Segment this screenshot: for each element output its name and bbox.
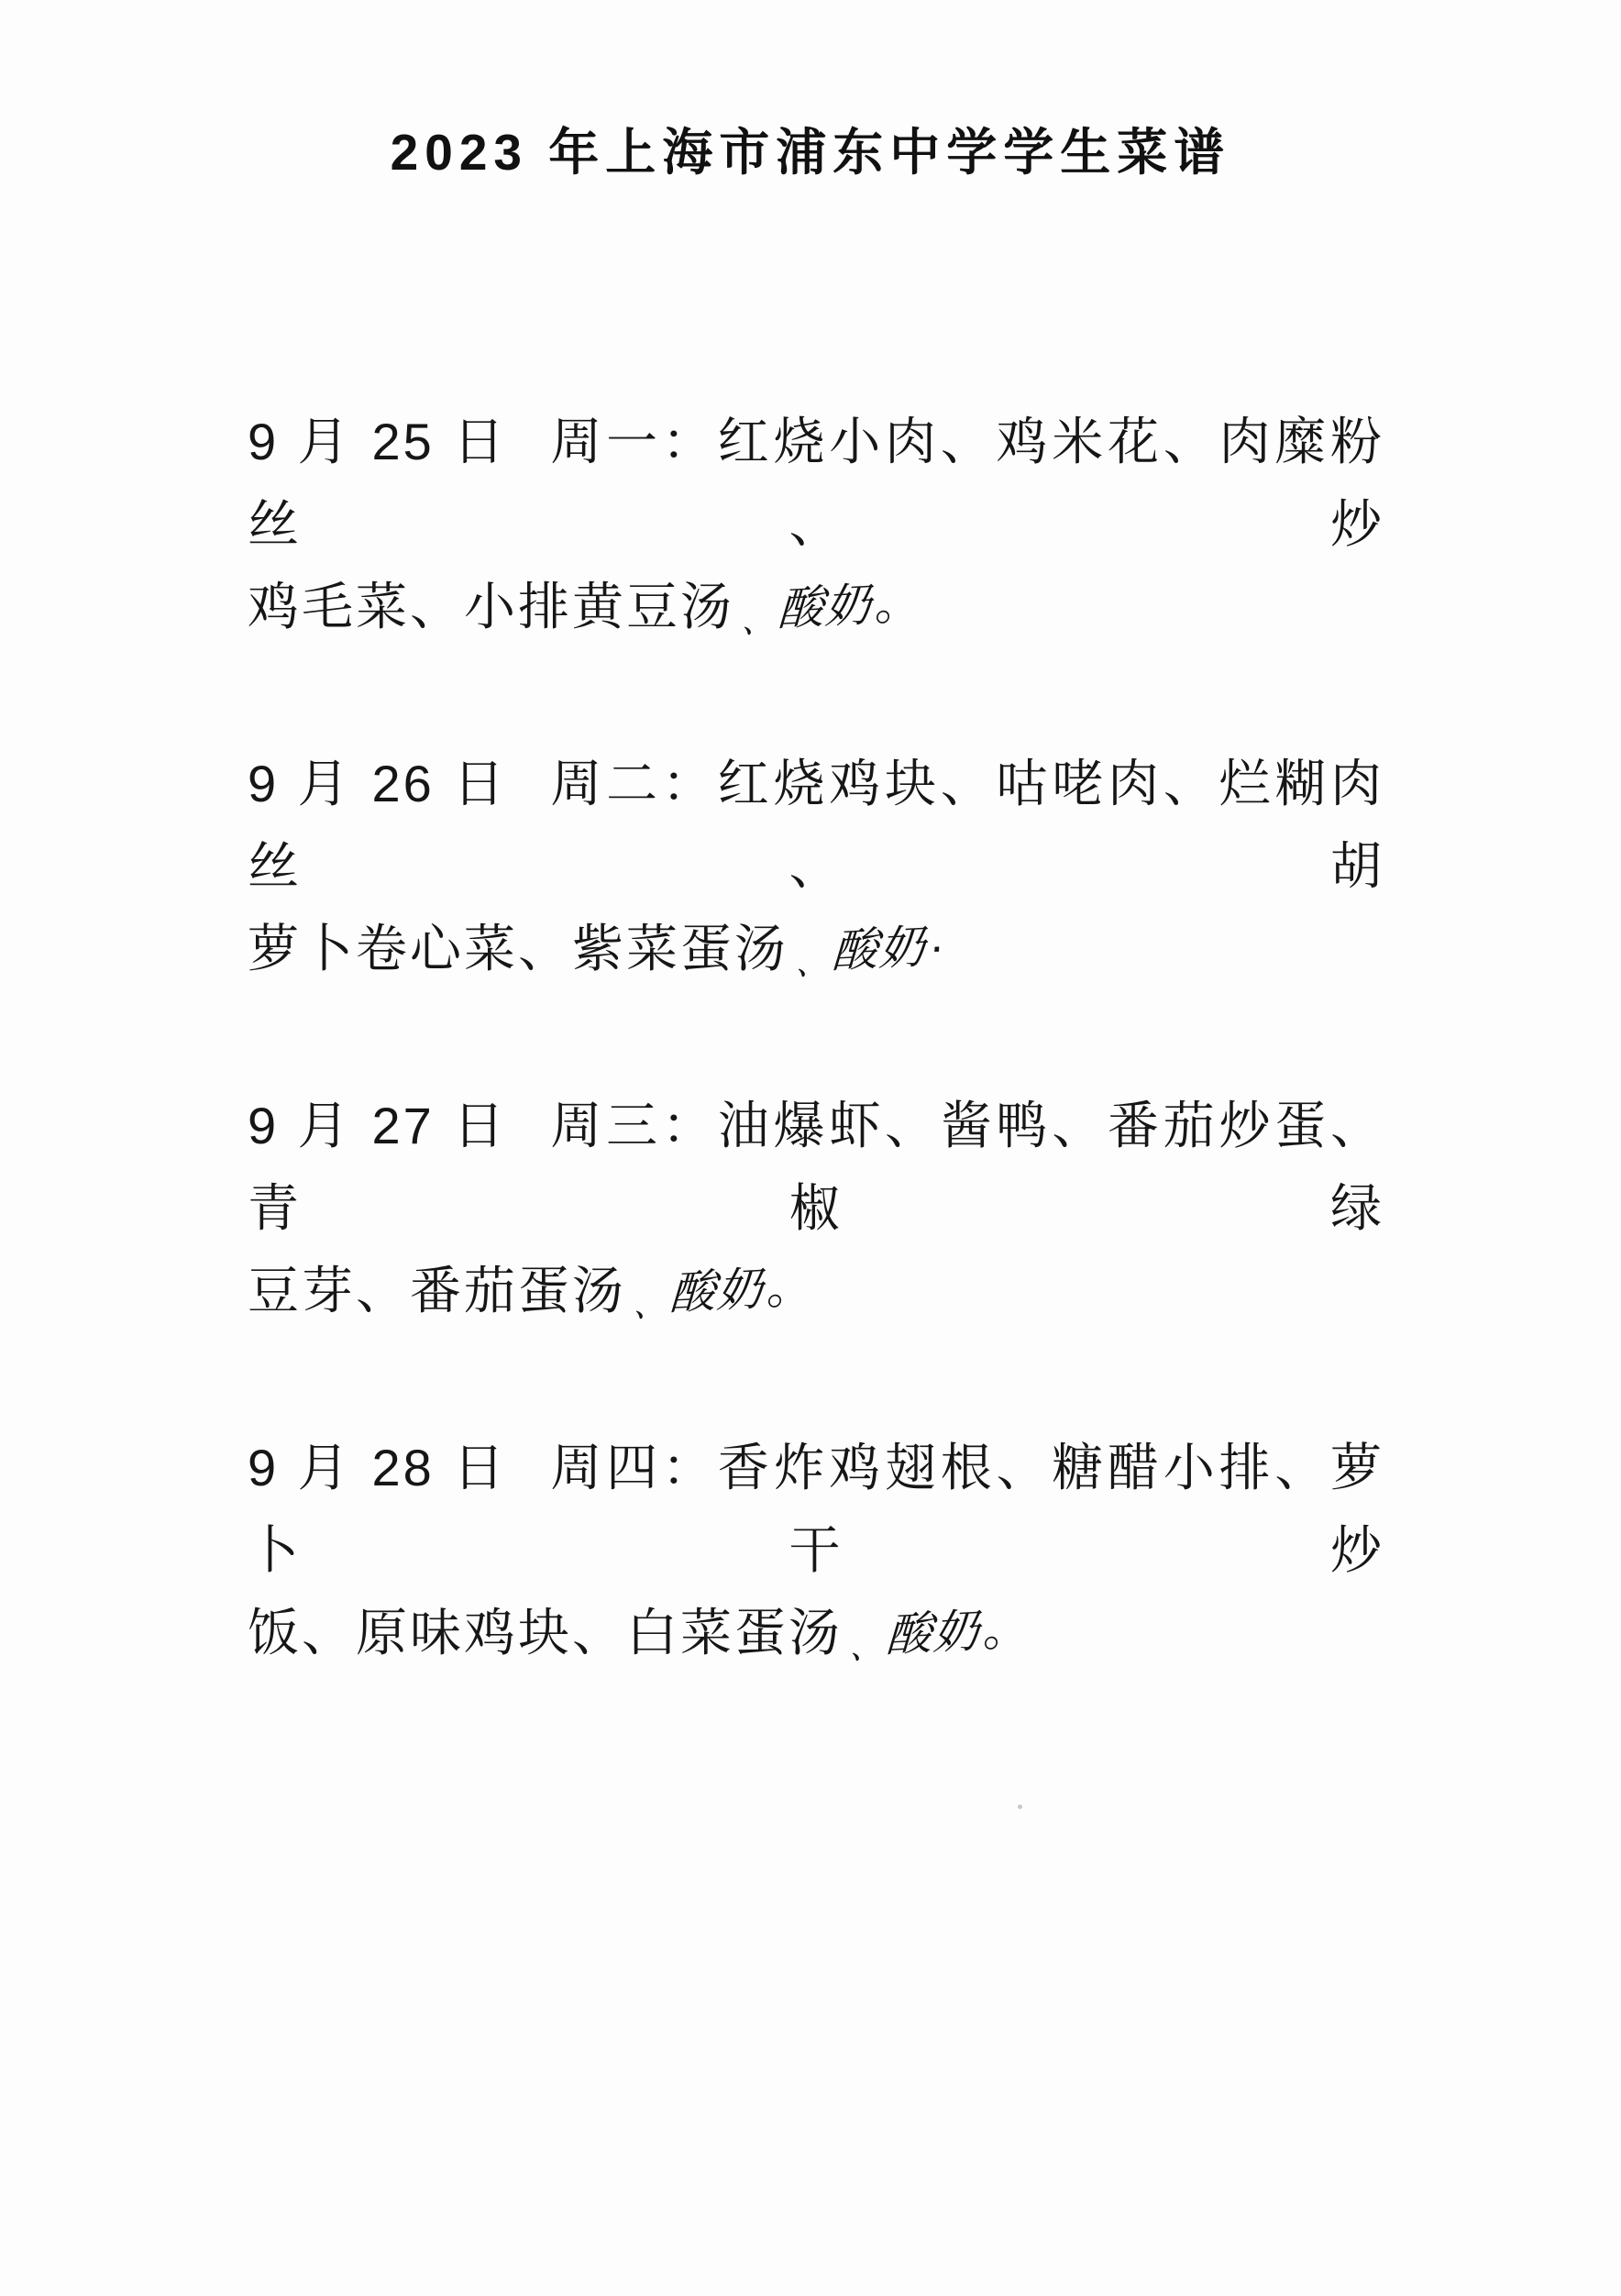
menu-line-1: 9 月 28 日 周四：香炸鸡翅根、糖醋小排、萝卜干炒 bbox=[248, 1427, 1384, 1592]
handwritten-comma: 、 bbox=[795, 943, 831, 982]
entry-dishes: 鸡毛菜、小排黄豆汤 bbox=[248, 578, 734, 635]
handwritten-note: 、酸奶。 bbox=[740, 560, 924, 663]
menu-list: 9 月 25 日 周一：红烧小肉、鸡米花、肉糜粉丝、炒 鸡毛菜、小排黄豆汤、酸奶… bbox=[248, 401, 1384, 1686]
menu-line-1: 9 月 26 日 周二：红烧鸡块、咕咾肉、烂糊肉丝、胡 bbox=[248, 743, 1384, 908]
handwritten-comma: 、 bbox=[633, 1285, 668, 1324]
handwritten-note-text: 酸奶 bbox=[885, 1605, 981, 1661]
entry-dishes: 萝卜卷心菜、紫菜蛋汤 bbox=[248, 920, 788, 977]
entry-weekday: 周三： bbox=[550, 1097, 717, 1154]
menu-line-1: 9 月 27 日 周三：油爆虾、酱鸭、番茄炒蛋、青椒绿 bbox=[248, 1085, 1384, 1250]
scan-artifact-speck bbox=[1018, 1805, 1022, 1809]
entry-date: 9 月 26 日 bbox=[248, 755, 509, 812]
entry-dishes: 豆芽、番茄蛋汤 bbox=[248, 1262, 626, 1319]
handwritten-note-text: 酸奶 bbox=[777, 579, 873, 635]
handwritten-period: · bbox=[928, 920, 947, 972]
handwritten-comma: 、 bbox=[741, 601, 777, 640]
entry-date: 9 月 25 日 bbox=[248, 413, 509, 470]
handwritten-note: 、酸奶。 bbox=[848, 1586, 1032, 1689]
entry-weekday: 周四： bbox=[550, 1439, 717, 1496]
entry-weekday: 周二： bbox=[550, 755, 717, 812]
entry-date: 9 月 28 日 bbox=[248, 1439, 509, 1496]
menu-entry: 9 月 26 日 周二：红烧鸡块、咕咾肉、烂糊肉丝、胡 萝卜卷心菜、紫菜蛋汤、酸… bbox=[248, 743, 1384, 1002]
menu-entry: 9 月 28 日 周四：香炸鸡翅根、糖醋小排、萝卜干炒 饭、原味鸡块、白菜蛋汤、… bbox=[248, 1427, 1384, 1686]
entry-date: 9 月 27 日 bbox=[248, 1097, 509, 1154]
menu-entry: 9 月 27 日 周三：油爆虾、酱鸭、番茄炒蛋、青椒绿 豆芽、番茄蛋汤、酸奶。 bbox=[248, 1085, 1384, 1344]
handwritten-period: 。 bbox=[982, 1602, 1031, 1656]
menu-line-2: 萝卜卷心菜、紫菜蛋汤、酸奶· bbox=[248, 908, 1384, 1002]
handwritten-comma: 、 bbox=[849, 1627, 885, 1666]
handwritten-note-text: 酸奶 bbox=[668, 1263, 765, 1319]
menu-line-1: 9 月 25 日 周一：红烧小肉、鸡米花、肉糜粉丝、炒 bbox=[248, 401, 1384, 566]
handwritten-period: 。 bbox=[874, 576, 923, 630]
entry-weekday: 周一： bbox=[550, 413, 717, 470]
handwritten-period: 。 bbox=[766, 1260, 815, 1314]
menu-line-2: 豆芽、番茄蛋汤、酸奶。 bbox=[248, 1250, 1384, 1344]
menu-line-2: 鸡毛菜、小排黄豆汤、酸奶。 bbox=[248, 566, 1384, 660]
menu-entry: 9 月 25 日 周一：红烧小肉、鸡米花、肉糜粉丝、炒 鸡毛菜、小排黄豆汤、酸奶… bbox=[248, 401, 1384, 660]
handwritten-note: 、酸奶· bbox=[794, 904, 948, 1005]
handwritten-note: 、酸奶。 bbox=[632, 1244, 816, 1347]
handwritten-note-text: 酸奶 bbox=[831, 921, 927, 977]
scanned-menu-page: 2023 年上海市浦东中学学生菜谱 9 月 25 日 周一：红烧小肉、鸡米花、肉… bbox=[0, 0, 1621, 2296]
menu-line-2: 饭、原味鸡块、白菜蛋汤、酸奶。 bbox=[248, 1592, 1384, 1686]
entry-dishes: 饭、原味鸡块、白菜蛋汤 bbox=[248, 1604, 843, 1661]
page-title: 2023 年上海市浦东中学学生菜谱 bbox=[0, 0, 1621, 181]
